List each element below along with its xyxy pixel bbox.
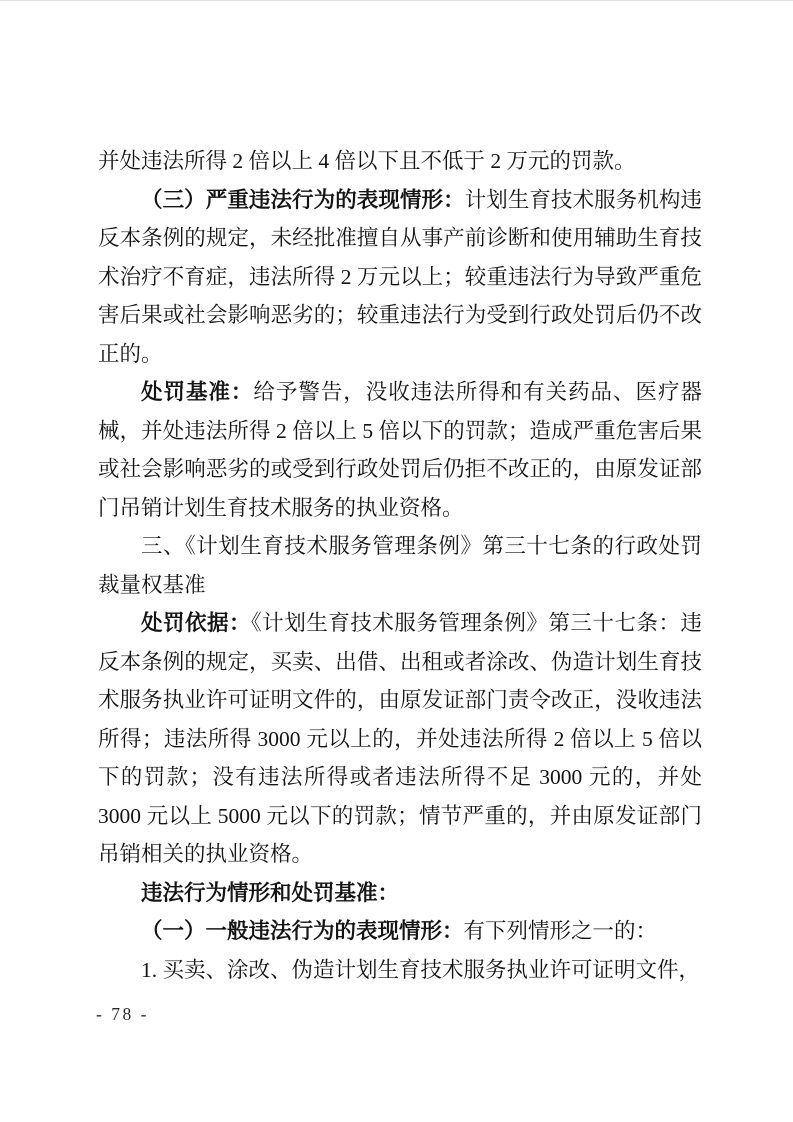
paragraph-3: 处罚基准：给予警告，没收违法所得和有关药品、医疗器械，并处违法所得 2 倍以上 … — [98, 373, 702, 527]
text-run: 计划生育技术服务机构违反本条例的规定，未经批准擅自从事产前诊断和使用辅助生育技术… — [98, 188, 702, 366]
document-page: 并处违法所得 2 倍以上 4 倍以下且不低于 2 万元的罚款。（三）严重违法行为… — [0, 0, 793, 1122]
document-body: 并处违法所得 2 倍以上 4 倍以下且不低于 2 万元的罚款。（三）严重违法行为… — [98, 142, 702, 989]
text-run: 《计划生育技术服务管理条例》第三十七条：违反本条例的规定，买卖、出借、出租或者涂… — [98, 611, 702, 866]
paragraph-4: 三、《计划生育技术服务管理条例》第三十七条的行政处罚裁量权基准 — [98, 527, 702, 604]
text-run: 1. 买卖、涂改、伪造计划生育技术服务执业许可证明文件， — [141, 958, 700, 982]
bold-text-run: 处罚依据： — [141, 611, 251, 635]
text-run: 并处违法所得 2 倍以上 4 倍以下且不低于 2 万元的罚款。 — [98, 149, 636, 173]
bold-text-run: 违法行为情形和处罚基准： — [141, 881, 399, 905]
bold-text-run: （一）一般违法行为的表现情形： — [141, 919, 464, 943]
text-run: 三、《计划生育技术服务管理条例》第三十七条的行政处罚裁量权基准 — [98, 534, 702, 597]
page-number: - 78 - — [96, 1002, 149, 1026]
bold-text-run: 处罚基准： — [141, 380, 253, 404]
paragraph-2: （三）严重违法行为的表现情形：计划生育技术服务机构违反本条例的规定，未经批准擅自… — [98, 181, 702, 374]
paragraph-5: 处罚依据：《计划生育技术服务管理条例》第三十七条：违反本条例的规定，买卖、出借、… — [98, 604, 702, 874]
paragraph-7: （一）一般违法行为的表现情形：有下列情形之一的： — [98, 912, 702, 951]
paragraph-1: 并处违法所得 2 倍以上 4 倍以下且不低于 2 万元的罚款。 — [98, 142, 702, 181]
paragraph-8: 1. 买卖、涂改、伪造计划生育技术服务执业许可证明文件， — [98, 951, 702, 990]
paragraph-6: 违法行为情形和处罚基准： — [98, 874, 702, 913]
bold-text-run: （三）严重违法行为的表现情形： — [141, 188, 465, 212]
text-run: 有下列情形之一的： — [464, 919, 658, 943]
scan-edge-line — [0, 0, 793, 1]
